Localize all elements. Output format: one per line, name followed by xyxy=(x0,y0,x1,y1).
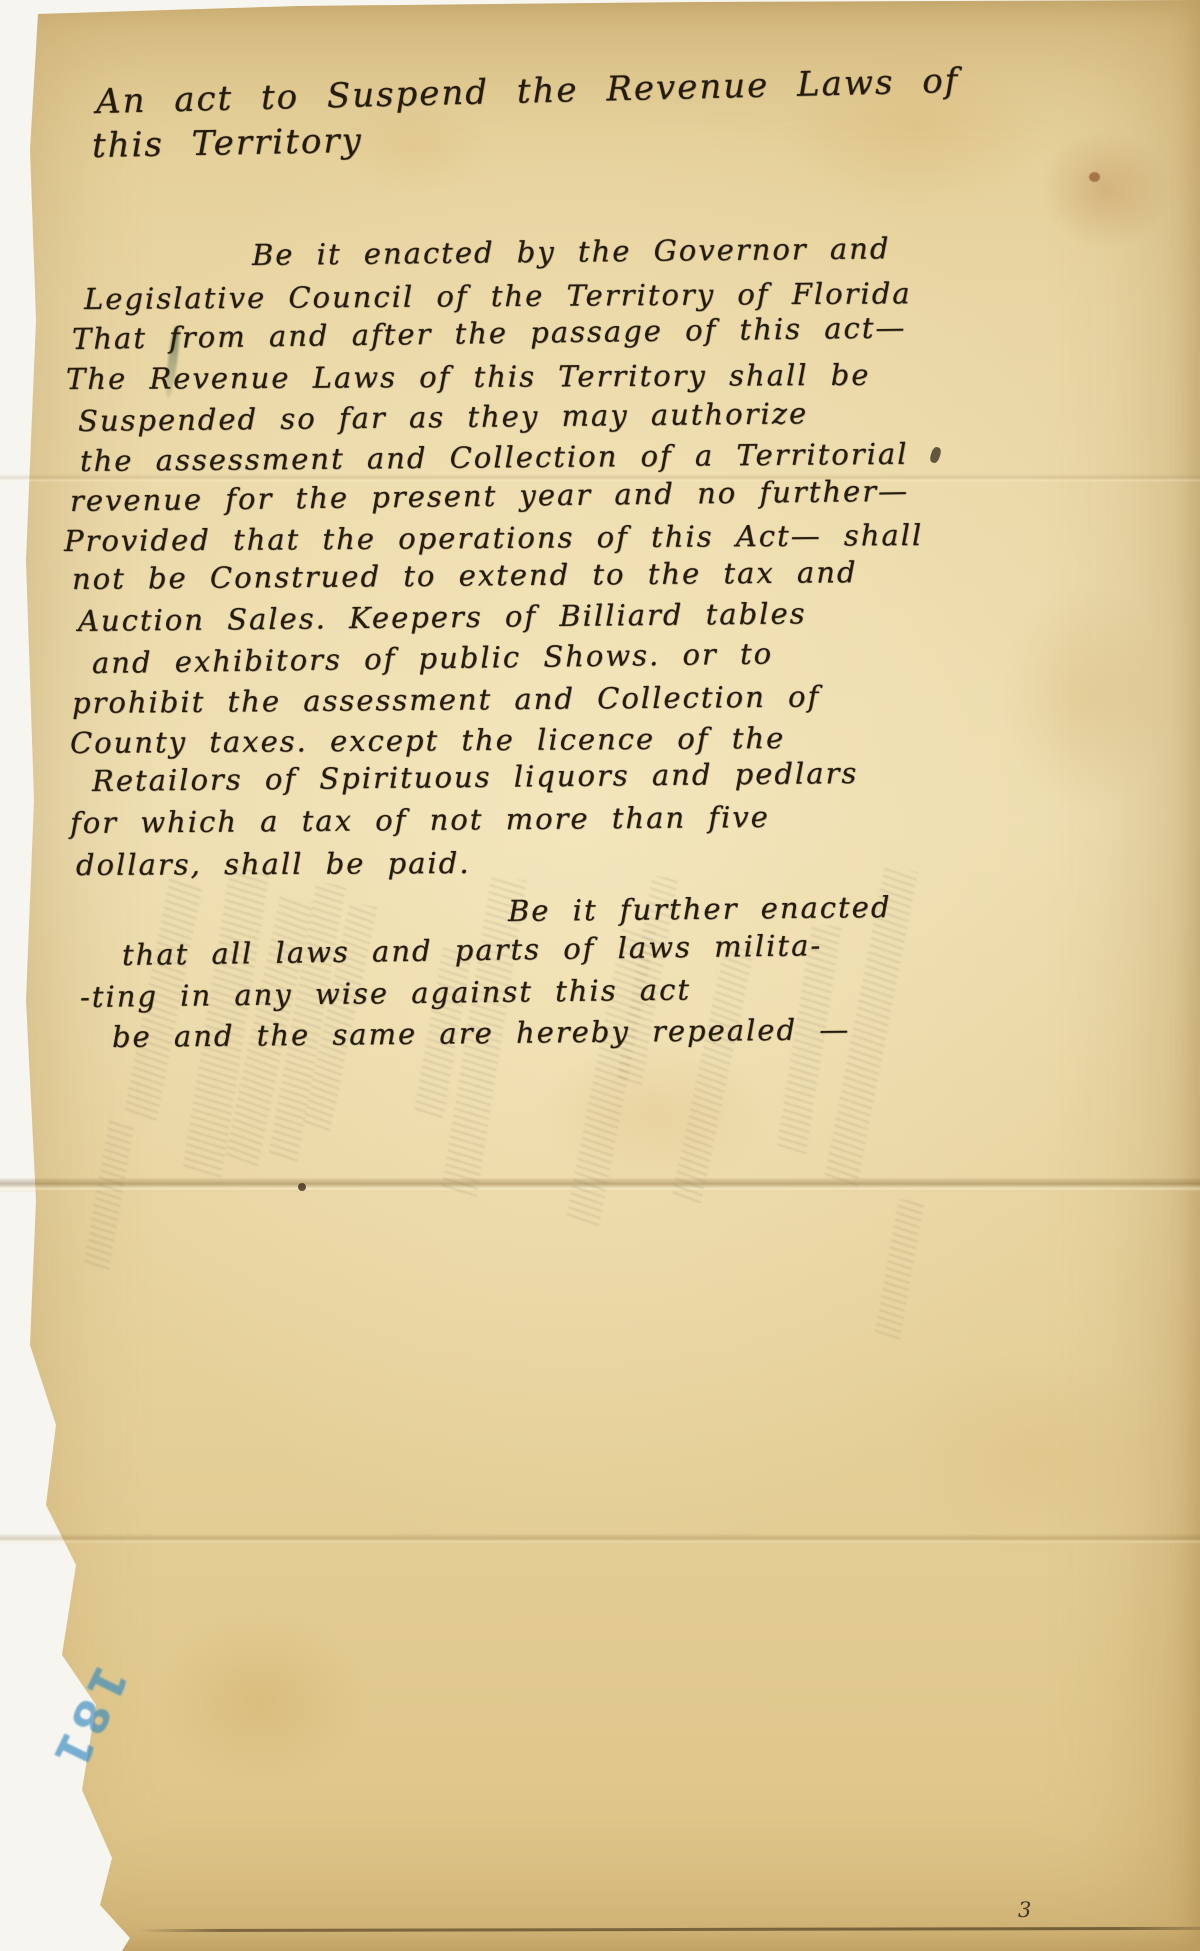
manuscript-line: dollars, shall be paid. xyxy=(76,846,471,882)
manuscript-line: Provided that the operations of this Act… xyxy=(64,518,924,558)
manuscript-line: not be Construed to extend to the tax an… xyxy=(72,555,858,596)
manuscript-line: Be it enacted by the Governor and xyxy=(252,231,891,272)
manuscript-line: prohibit the assessment and Collection o… xyxy=(72,679,821,720)
manuscript-line: for which a tax of not more than five xyxy=(70,800,770,840)
document-scan: An act to Suspend the Revenue Laws of th… xyxy=(0,0,1200,1951)
manuscript-line: County taxes. except the licence of the xyxy=(70,721,785,760)
manuscript-line: Legislative Council of the Territory of … xyxy=(84,276,912,316)
manuscript-line: the assessment and Collection of a Terri… xyxy=(80,437,909,478)
page-number: 3 xyxy=(1018,1898,1031,1922)
manuscript-line: Be it further enacted xyxy=(508,890,892,928)
document-title-line-2: this Territory xyxy=(92,121,364,166)
manuscript-line: The Revenue Laws of this Territory shall… xyxy=(66,358,871,396)
